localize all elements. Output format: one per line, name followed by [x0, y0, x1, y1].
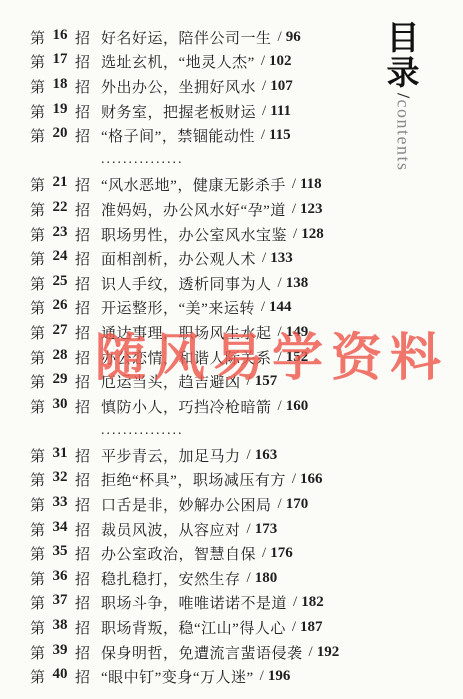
- page-separator: /: [247, 521, 251, 538]
- contents-title-cn-char: 录: [387, 57, 420, 92]
- toc-entry-title: 职场背叛，稳“江山”得人心: [101, 617, 286, 638]
- toc-entry-title: 办公室政治，智慧自保: [101, 543, 256, 564]
- toc-page: 第16招 好名好运，陪伴公司一生 / 96 第17招 选址玄机，“地灵人杰” /…: [0, 0, 463, 699]
- entry-num: 20: [53, 125, 68, 146]
- toc-entry-page: 111: [270, 103, 291, 120]
- page-separator: /: [292, 201, 296, 218]
- entry-num: 28: [53, 347, 68, 368]
- toc-entry-title: 通达事理，职场风生水起: [101, 322, 272, 343]
- toc-entry-number: 第26招: [30, 297, 90, 318]
- toc-entry: 第31招 平步青云，加足马力 / 163: [30, 443, 375, 468]
- entry-suffix: 招: [75, 322, 90, 343]
- toc-entry: 第36招 稳扎稳打，安然生存 / 180: [30, 566, 375, 591]
- entry-suffix: 招: [75, 494, 90, 515]
- toc-entry-title: 办公恋情，和谐人际关系: [101, 347, 272, 368]
- page-separator: /: [292, 619, 296, 636]
- toc-entry-number: 第27招: [30, 322, 90, 343]
- toc-entry-title: 拒绝“杯具”，职场减压有方: [101, 469, 286, 490]
- page-separator: /: [278, 496, 282, 513]
- toc-entry-page: 166: [300, 471, 323, 488]
- toc-entry-page: 133: [270, 250, 293, 267]
- toc-entry-title: 职场斗争，唯唯诺诺不是道: [101, 592, 287, 613]
- contents-title-en: /contents: [393, 93, 414, 172]
- contents-side-title: 目 录 /contents: [384, 22, 422, 172]
- toc-entry-number: 第18招: [30, 76, 90, 97]
- entry-prefix: 第: [30, 568, 45, 589]
- page-separator: /: [261, 53, 265, 70]
- toc-entry-title: 保身明哲，免遭流言蜚语侵袭: [101, 642, 303, 663]
- page-separator: /: [261, 127, 265, 144]
- entry-suffix: 招: [75, 592, 90, 613]
- entry-prefix: 第: [30, 445, 45, 466]
- toc-entry: 第25招 识人手纹，透析同事为人 / 138: [30, 271, 375, 296]
- toc-entry: 第27招 通达事理，职场风生水起 / 149: [30, 320, 375, 345]
- toc-entry-title: 裁员风波，从容应对: [101, 519, 241, 540]
- ellipsis-row: ...............: [101, 419, 375, 444]
- toc-entry: 第37招 职场斗争，唯唯诺诺不是道 / 182: [30, 591, 375, 616]
- toc-entry: 第17招 选址玄机，“地灵人杰” / 102: [30, 50, 375, 75]
- toc-entry-number: 第22招: [30, 199, 90, 220]
- entry-num: 25: [53, 273, 68, 294]
- page-separator: /: [247, 373, 251, 390]
- toc-entry-title: “格子间”，禁锢能动性: [101, 125, 255, 146]
- entry-num: 16: [53, 27, 68, 48]
- toc-entry-title: 识人手纹，透析同事为人: [101, 273, 272, 294]
- entry-prefix: 第: [30, 543, 45, 564]
- page-separator: /: [278, 349, 282, 366]
- entry-prefix: 第: [30, 248, 45, 269]
- entry-prefix: 第: [30, 617, 45, 638]
- toc-entry: 第24招 面相剖析，办公观人术 / 133: [30, 246, 375, 271]
- toc-entry-page: 160: [286, 398, 309, 415]
- entry-num: 34: [53, 519, 68, 540]
- entry-num: 38: [53, 617, 68, 638]
- toc-entry-number: 第16招: [30, 27, 90, 48]
- toc-entry-page: 138: [286, 275, 309, 292]
- toc-entry-page: 196: [268, 668, 291, 685]
- toc-entry-title: 口舌是非，妙解办公困局: [101, 494, 272, 515]
- entry-prefix: 第: [30, 322, 45, 343]
- entry-num: 35: [53, 543, 68, 564]
- entry-prefix: 第: [30, 101, 45, 122]
- toc-entry-page: 157: [255, 373, 278, 390]
- toc-entry-number: 第28招: [30, 347, 90, 368]
- toc-entry-title: 准妈妈，办公风水好“孕”道: [101, 199, 286, 220]
- toc-entry-page: 170: [286, 496, 309, 513]
- toc-entry: 第35招 办公室政治，智慧自保 / 176: [30, 541, 375, 566]
- page-separator: /: [260, 668, 264, 685]
- entry-suffix: 招: [75, 469, 90, 490]
- toc-entry: 第32招 拒绝“杯具”，职场减压有方 / 166: [30, 468, 375, 493]
- entry-num: 29: [53, 371, 68, 392]
- toc-entry-number: 第32招: [30, 469, 90, 490]
- entry-suffix: 招: [75, 76, 90, 97]
- page-separator: /: [261, 299, 265, 316]
- entry-prefix: 第: [30, 273, 45, 294]
- toc-entry: 第20招 “格子间”，禁锢能动性 / 115: [30, 123, 375, 148]
- page-separator: /: [262, 250, 266, 267]
- entry-prefix: 第: [30, 469, 45, 490]
- entry-prefix: 第: [30, 642, 45, 663]
- entry-num: 18: [53, 76, 68, 97]
- toc-entry-number: 第34招: [30, 519, 90, 540]
- toc-entry: 第40招 “眼中钉”变身“万人迷” / 196: [30, 664, 375, 689]
- entry-num: 17: [53, 51, 68, 72]
- entry-suffix: 招: [75, 199, 90, 220]
- entry-prefix: 第: [30, 76, 45, 97]
- toc-entry: 第18招 外出办公，坐拥好风水 / 107: [30, 74, 375, 99]
- toc-entry-page: 173: [255, 521, 278, 538]
- toc-entry-title: 开运整形，“美”来运转: [101, 297, 255, 318]
- toc-entry-number: 第23招: [30, 224, 90, 245]
- entry-prefix: 第: [30, 51, 45, 72]
- toc-entry-number: 第40招: [30, 666, 90, 687]
- toc-list: 第16招 好名好运，陪伴公司一生 / 96 第17招 选址玄机，“地灵人杰” /…: [30, 25, 375, 689]
- entry-num: 39: [53, 642, 68, 663]
- entry-prefix: 第: [30, 396, 45, 417]
- toc-entry-number: 第19招: [30, 101, 90, 122]
- toc-entry-title: 平步青云，加足马力: [101, 445, 241, 466]
- toc-entry-number: 第30招: [30, 396, 90, 417]
- entry-prefix: 第: [30, 592, 45, 613]
- page-separator: /: [278, 398, 282, 415]
- toc-entry-title: 外出办公，坐拥好风水: [101, 76, 256, 97]
- toc-entry-page: 96: [286, 29, 301, 46]
- toc-entry: 第26招 开运整形，“美”来运转 / 144: [30, 296, 375, 321]
- page-separator: /: [309, 644, 313, 661]
- toc-entry: 第33招 口舌是非，妙解办公困局 / 170: [30, 492, 375, 517]
- entry-num: 30: [53, 396, 68, 417]
- entry-suffix: 招: [75, 101, 90, 122]
- toc-entry-page: 180: [255, 570, 278, 587]
- toc-entry-page: 128: [301, 226, 324, 243]
- entry-suffix: 招: [75, 273, 90, 294]
- toc-entry-number: 第31招: [30, 445, 90, 466]
- toc-entry-number: 第29招: [30, 371, 90, 392]
- entry-suffix: 招: [75, 125, 90, 146]
- ellipsis-row: ...............: [101, 148, 375, 173]
- toc-entry-page: 192: [317, 644, 340, 661]
- entry-prefix: 第: [30, 297, 45, 318]
- toc-entry-number: 第25招: [30, 273, 90, 294]
- entry-num: 27: [53, 322, 68, 343]
- toc-entry: 第34招 裁员风波，从容应对 / 173: [30, 517, 375, 542]
- page-separator: /: [292, 471, 296, 488]
- toc-entry-page: 115: [269, 127, 291, 144]
- entry-suffix: 招: [75, 51, 90, 72]
- toc-entry-title: 职场男性，办公室风水宝鉴: [101, 224, 287, 245]
- entry-suffix: 招: [75, 347, 90, 368]
- page-separator: /: [278, 324, 282, 341]
- entry-suffix: 招: [75, 543, 90, 564]
- entry-suffix: 招: [75, 27, 90, 48]
- toc-entry: 第39招 保身明哲，免遭流言蜚语侵袭 / 192: [30, 640, 375, 665]
- entry-suffix: 招: [75, 224, 90, 245]
- toc-entry-number: 第37招: [30, 592, 90, 613]
- entry-suffix: 招: [75, 248, 90, 269]
- entry-num: 31: [53, 445, 68, 466]
- toc-entry-page: 118: [300, 176, 322, 193]
- toc-entry-number: 第20招: [30, 125, 90, 146]
- toc-entry-title: “眼中钉”变身“万人迷”: [101, 666, 254, 687]
- page-separator: /: [293, 594, 297, 611]
- toc-entry-page: 163: [255, 447, 278, 464]
- toc-entry: 第19招 财务室，把握老板财运 / 111: [30, 99, 375, 124]
- toc-entry-title: “风水恶地”，健康无影杀手: [101, 174, 286, 195]
- toc-entry-number: 第33招: [30, 494, 90, 515]
- toc-entry-page: 149: [286, 324, 309, 341]
- toc-entry-page: 182: [301, 594, 324, 611]
- toc-entry-title: 好名好运，陪伴公司一生: [101, 27, 272, 48]
- entry-suffix: 招: [75, 666, 90, 687]
- entry-num: 22: [53, 199, 68, 220]
- toc-entry-title: 稳扎稳打，安然生存: [101, 568, 241, 589]
- entry-prefix: 第: [30, 125, 45, 146]
- entry-suffix: 招: [75, 371, 90, 392]
- entry-num: 37: [53, 592, 68, 613]
- entry-suffix: 招: [75, 174, 90, 195]
- toc-entry: 第29招 厄运当头，趋吉避凶 / 157: [30, 369, 375, 394]
- page-separator: /: [292, 176, 296, 193]
- toc-entry-number: 第36招: [30, 568, 90, 589]
- toc-entry: 第21招 “风水恶地”，健康无影杀手 / 118: [30, 173, 375, 198]
- entry-num: 36: [53, 568, 68, 589]
- toc-entry-title: 厄运当头，趋吉避凶: [101, 371, 241, 392]
- page-separator: /: [262, 103, 266, 120]
- entry-prefix: 第: [30, 519, 45, 540]
- page-separator: /: [262, 78, 266, 95]
- page-separator: /: [247, 447, 251, 464]
- entry-suffix: 招: [75, 297, 90, 318]
- entry-prefix: 第: [30, 666, 45, 687]
- toc-entry: 第22招 准妈妈，办公风水好“孕”道 / 123: [30, 197, 375, 222]
- page-separator: /: [247, 570, 251, 587]
- toc-entry-number: 第35招: [30, 543, 90, 564]
- toc-entry: 第16招 好名好运，陪伴公司一生 / 96: [30, 25, 375, 50]
- toc-entry-title: 慎防小人，巧挡冷枪暗箭: [101, 396, 272, 417]
- entry-num: 23: [53, 224, 68, 245]
- toc-entry-title: 面相剖析，办公观人术: [101, 248, 256, 269]
- entry-suffix: 招: [75, 568, 90, 589]
- toc-entry-page: 107: [270, 78, 293, 95]
- toc-entry-number: 第38招: [30, 617, 90, 638]
- entry-suffix: 招: [75, 396, 90, 417]
- entry-suffix: 招: [75, 617, 90, 638]
- entry-num: 21: [53, 174, 68, 195]
- page-separator: /: [262, 545, 266, 562]
- toc-entry-number: 第17招: [30, 51, 90, 72]
- toc-entry: 第23招 职场男性，办公室风水宝鉴 / 128: [30, 222, 375, 247]
- toc-entry-page: 187: [300, 619, 323, 636]
- entry-prefix: 第: [30, 174, 45, 195]
- entry-num: 40: [53, 666, 68, 687]
- toc-entry-page: 152: [286, 349, 309, 366]
- entry-num: 33: [53, 494, 68, 515]
- toc-entry-page: 144: [269, 299, 292, 316]
- entry-num: 26: [53, 297, 68, 318]
- entry-suffix: 招: [75, 642, 90, 663]
- toc-entry: 第38招 职场背叛，稳“江山”得人心 / 187: [30, 615, 375, 640]
- toc-entry-page: 176: [270, 545, 293, 562]
- toc-entry: 第28招 办公恋情，和谐人际关系 / 152: [30, 345, 375, 370]
- toc-entry-title: 选址玄机，“地灵人杰”: [101, 51, 255, 72]
- entry-suffix: 招: [75, 519, 90, 540]
- entry-suffix: 招: [75, 445, 90, 466]
- toc-entry: 第30招 慎防小人，巧挡冷枪暗箭 / 160: [30, 394, 375, 419]
- toc-entry-page: 123: [300, 201, 323, 218]
- entry-prefix: 第: [30, 27, 45, 48]
- toc-entry-page: 102: [269, 53, 292, 70]
- toc-entry-number: 第39招: [30, 642, 90, 663]
- entry-prefix: 第: [30, 224, 45, 245]
- page-separator: /: [293, 226, 297, 243]
- entry-num: 19: [53, 101, 68, 122]
- contents-title-en-text: contents: [394, 100, 414, 172]
- entry-prefix: 第: [30, 199, 45, 220]
- toc-entry-number: 第24招: [30, 248, 90, 269]
- page-separator: /: [278, 275, 282, 292]
- entry-prefix: 第: [30, 371, 45, 392]
- page-separator: /: [278, 29, 282, 46]
- entry-prefix: 第: [30, 347, 45, 368]
- contents-title-cn-char: 目: [387, 22, 420, 57]
- entry-num: 32: [53, 469, 68, 490]
- entry-prefix: 第: [30, 494, 45, 515]
- toc-entry-number: 第21招: [30, 174, 90, 195]
- entry-num: 24: [53, 248, 68, 269]
- toc-entry-title: 财务室，把握老板财运: [101, 101, 256, 122]
